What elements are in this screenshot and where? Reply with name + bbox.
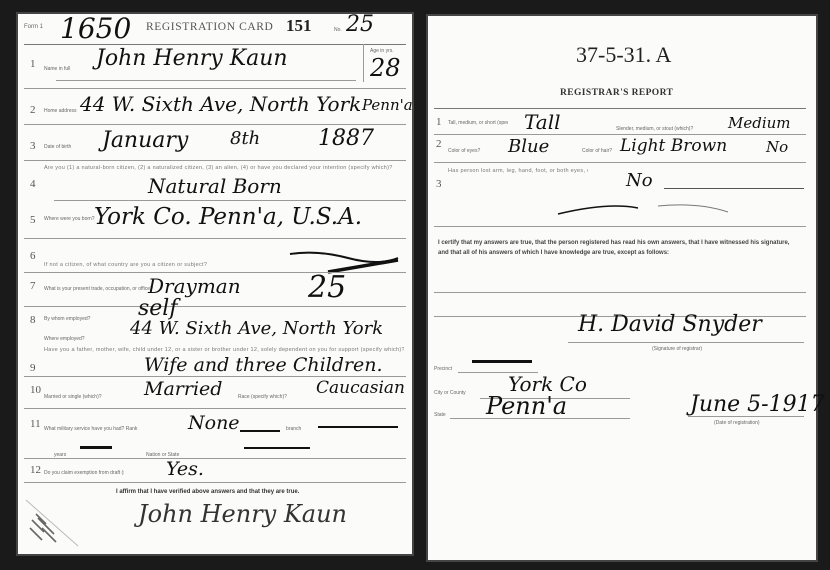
field-number: 2 [30, 104, 36, 116]
field-number: 4 [30, 178, 36, 190]
race-value: Caucasian [316, 378, 405, 398]
marital-status-value: Married [144, 378, 222, 400]
form-number: 1650 [60, 12, 131, 45]
exemption-value: Yes. [166, 458, 204, 480]
field-number: 3 [436, 178, 442, 190]
birth-month-value: January [102, 128, 188, 153]
home-state-value: Penn'a [362, 96, 413, 114]
precinct-label: Precinct [434, 366, 452, 372]
field-label: Where employed? [44, 336, 85, 342]
report-title: REGISTRAR'S REPORT [560, 88, 673, 98]
field-number: 11 [30, 418, 41, 430]
field-number: 7 [30, 280, 36, 292]
registration-card: Form 1 1650 REGISTRATION CARD 151 No. 25… [16, 12, 414, 556]
home-address-value: 44 W. Sixth Ave, North York [80, 92, 361, 116]
field-number: 9 [30, 362, 36, 374]
field-number: 12 [30, 464, 41, 476]
registrar-signature: H. David Snyder [578, 312, 762, 337]
field-number: 10 [30, 384, 41, 396]
no-label: No. [334, 27, 342, 33]
birth-day-value: 8th [230, 128, 260, 149]
dependents-value: Wife and three Children. [144, 354, 383, 376]
field-label: Color of eyes? [448, 148, 480, 154]
build-value: Medium [728, 114, 791, 132]
occupation-annotation: 25 [308, 270, 346, 305]
serial-number: 151 [286, 16, 312, 36]
field-number: 8 [30, 314, 36, 326]
age-value: 28 [370, 54, 401, 82]
registration-date: June 5-1917 [690, 392, 825, 417]
field-label: Do you claim exemption from draft (speci… [44, 470, 124, 476]
field-label: What is your present trade, occupation, … [44, 286, 153, 292]
field-label: By whom employed? [44, 316, 90, 322]
form-label: Form 1 [24, 24, 43, 30]
height-value: Tall [524, 110, 561, 134]
field-label: branch [286, 426, 301, 432]
city-label: City or County [434, 390, 466, 396]
field-number: 3 [30, 140, 36, 152]
field-number: 1 [30, 58, 36, 70]
field-label: Have you a father, mother, wife, child u… [44, 347, 404, 353]
hair-color-value: Light Brown [620, 136, 727, 156]
field-number: 6 [30, 250, 36, 262]
registrar-label: (Signature of registrar) [652, 346, 702, 352]
affirmation-text: I affirm that I have verified above answ… [116, 489, 299, 495]
field-label: Home address [44, 108, 77, 114]
birth-year-value: 1887 [318, 126, 374, 151]
field-number: 5 [30, 214, 36, 226]
disability-value: No [626, 170, 653, 191]
state-label: State [434, 412, 446, 418]
field-label: Race (specify which)? [238, 394, 287, 400]
field-label: Date of birth [44, 144, 71, 150]
field-label: If not a citizen, of what country are yo… [44, 262, 207, 268]
field-label: Are you (1) a natural-born citizen, (2) … [44, 165, 393, 171]
name-value: John Henry Kaun [96, 46, 288, 71]
corner-stamp [24, 498, 80, 548]
field-label: Tall, medium, or short (specify which)? [448, 120, 508, 126]
field-label: Name in full [44, 66, 70, 72]
employer-address-value: 44 W. Sixth Ave, North York [130, 318, 383, 339]
field-number: 1 [436, 116, 442, 128]
bald-value: No [766, 138, 788, 156]
field-label: Slender, medium, or stout (which)? [616, 126, 693, 132]
registrar-report-card: 37-5-31. A REGISTRAR'S REPORT 1 Tall, me… [426, 14, 818, 562]
birthplace-value: York Co. Penn'a, U.S.A. [94, 204, 362, 230]
field-label: Color of hair? [582, 148, 612, 154]
pen-stroke [548, 200, 748, 220]
military-service-value: None [188, 412, 240, 434]
citizenship-value: Natural Born [148, 174, 282, 198]
occupation-value: Drayman [148, 274, 241, 298]
state-value: Penn'a [486, 392, 567, 420]
certification-text: I certify that my answers are true, that… [438, 238, 800, 258]
report-code: 37-5-31. A [576, 42, 671, 68]
card-number: 25 [346, 12, 374, 37]
registrant-signature: John Henry Kaun [138, 500, 347, 528]
eye-color-value: Blue [508, 136, 549, 157]
date-label: (Date of registration) [714, 420, 760, 426]
field-label: Where were you born? [44, 216, 95, 222]
field-label: Married or single (which)? [44, 394, 102, 400]
field-number: 2 [436, 138, 442, 150]
field-label: What military service have you had? Rank [44, 426, 137, 432]
field-label: Has person lost arm, leg, hand, foot, or… [448, 168, 588, 174]
card-title: REGISTRATION CARD [146, 21, 273, 33]
